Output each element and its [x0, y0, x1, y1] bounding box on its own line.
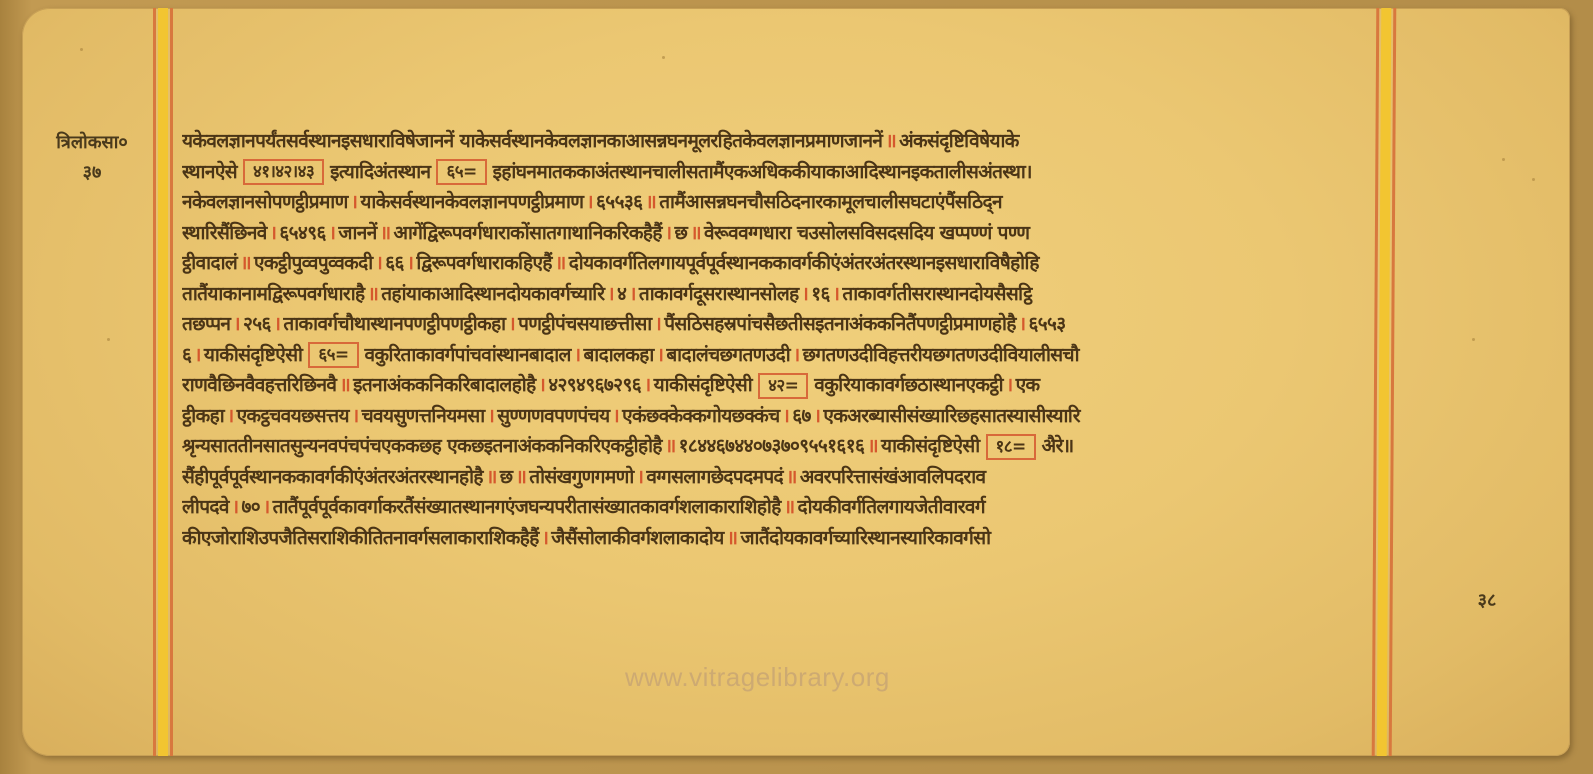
- text-segment: छ: [500, 466, 513, 488]
- manuscript-line: श्रृन्यसाततीनसातसुन्यनवपंचपंचएककछह एकछइत…: [182, 431, 1382, 462]
- margin-title: त्रिलोकसा०: [32, 128, 152, 158]
- manuscript-line: ६।याकीसंदृष्टिऐसी६५=वकुरिताकावर्गपांचवां…: [182, 340, 1382, 371]
- manuscript-line: नकेवलज्ञानसोपणट्ठीप्रमाण।याकेसर्वस्थानके…: [182, 187, 1382, 218]
- red-danda-mark: ।: [404, 252, 417, 274]
- red-danda-mark: ॥: [642, 191, 659, 213]
- red-danda-mark: ।: [271, 313, 284, 335]
- text-segment: इतनाअंककनिकरिबादालहोहै: [353, 374, 535, 396]
- manuscript-line: स्थानऐसे४१।४२।४३इत्यादिअंतस्थान६५=इहांघन…: [182, 157, 1382, 188]
- red-danda-mark: ॥: [552, 252, 569, 274]
- red-danda-mark: ।: [191, 344, 204, 366]
- red-danda-mark: ।: [348, 191, 361, 213]
- red-danda-mark: ।: [224, 405, 237, 427]
- text-segment: आगेंद्विरूपवर्गधाराकोंसातगाथानिकरिकहैहैं: [393, 222, 661, 244]
- boxed-numeral: १८=: [986, 434, 1036, 460]
- text-segment: ६५४९६: [279, 222, 325, 244]
- manuscript-folio: त्रिलोकसा० ३७ ३८ यकेवलज्ञानपर्यंतसर्वस्थ…: [22, 8, 1570, 756]
- manuscript-line: तछप्पन।२५६।ताकावर्गचौथास्थानपणट्ठीपणट्ठी…: [182, 309, 1382, 340]
- text-segment: ताकावर्गतीसरास्थानदोयसैसट्ठि: [842, 283, 1031, 305]
- red-danda-mark: ।: [1016, 313, 1029, 335]
- red-danda-mark: ॥: [662, 435, 679, 457]
- red-danda-mark: ।: [634, 466, 647, 488]
- text-segment: जाननें: [338, 222, 376, 244]
- manuscript-line: राणवैछिनवैवहत्तरिछिनवै॥इतनाअंककनिकरिबादा…: [182, 370, 1382, 401]
- red-danda-mark: ॥: [864, 435, 881, 457]
- red-danda-mark: ।: [571, 344, 584, 366]
- text-segment: ४: [617, 283, 626, 305]
- text-segment: पणट्ठीपंचसयाछत्तीसा: [518, 313, 652, 335]
- text-segment: इत्यादिअंतस्थान: [330, 161, 430, 183]
- red-danda-mark: ।: [1003, 374, 1016, 396]
- manuscript-line: ट्ठीवादालं॥एकट्ठीपुव्वपुव्वकदी।६६।द्विरू…: [182, 248, 1382, 279]
- text-segment: बादालकहा: [583, 344, 653, 366]
- text-segment: याकीसंदृष्टिऐसी: [204, 344, 302, 366]
- text-segment: तोसंखगुणगमणो: [529, 466, 634, 488]
- text-segment: एकंछक्केक्कगोयछक्कंच: [622, 405, 779, 427]
- text-segment: १६: [811, 283, 830, 305]
- text-segment: ताकावर्गदूसरास्थानसोलह: [639, 283, 799, 305]
- red-danda-mark: ।: [485, 405, 498, 427]
- text-segment: वकुरिताकावर्गपांचवांस्थानबादाल: [365, 344, 571, 366]
- red-danda-mark: ॥: [687, 222, 704, 244]
- red-danda-mark: ।: [830, 283, 843, 305]
- manuscript-line: ट्ठीकहा।एकट्ठचवयछसत्तय।चवयसुणत्तनियमसा।स…: [182, 401, 1382, 432]
- red-danda-mark: ।: [811, 405, 824, 427]
- text-segment: ताकावर्गचौथास्थानपणट्ठीपणट्ठीकहा: [283, 313, 505, 335]
- text-segment: नकेवलज्ञानसोपणट्ठीप्रमाण: [182, 191, 348, 213]
- text-segment: तामैंआसन्नघनचौसठिदनारकामूलचालीसघटाएंपैंस…: [659, 191, 1002, 213]
- boxed-numeral: ६५=: [308, 342, 358, 368]
- red-danda-mark: ।: [326, 222, 339, 244]
- text-segment: सैंहीपूर्वपूर्वस्थानककावर्गकीएंअंतरअंतरस…: [182, 466, 483, 488]
- manuscript-line: स्थारिसैंछिनवे।६५४९६।जाननें॥आगेंद्विरूपव…: [182, 218, 1382, 249]
- red-danda-mark: ॥: [377, 222, 394, 244]
- text-segment: ६: [182, 344, 191, 366]
- text-segment: लीपदवे: [182, 496, 229, 518]
- text-segment: ७०: [241, 496, 260, 518]
- text-segment: ६७: [792, 405, 811, 427]
- red-danda-mark: ।: [229, 496, 242, 518]
- text-segment: याकीसंदृष्टिऐसी: [654, 374, 752, 396]
- text-segment: छगतणउदीविहत्तरीयछगतणउदीवियालीसचौ: [803, 344, 1079, 366]
- text-segment: २५६: [243, 313, 271, 335]
- text-segment: छ: [674, 222, 687, 244]
- text-segment: ट्ठीवादालं: [182, 252, 237, 274]
- red-danda-mark: ।: [373, 252, 386, 274]
- left-margin-annotation: त्रिलोकसा० ३७: [32, 128, 152, 188]
- red-danda-mark: ॥: [336, 374, 353, 396]
- watermark: www.vitragelibrary.org: [625, 662, 890, 693]
- manuscript-line: कीएजोराशिउपजैतिसराशिकीतितनावर्गसलाकाराशि…: [182, 523, 1382, 554]
- text-segment: अवरपरित्तासंखंआवलिपदराव: [800, 466, 986, 488]
- text-segment: बादालंचछगतणउदी: [666, 344, 790, 366]
- red-danda-mark: ॥: [512, 466, 529, 488]
- red-danda-mark: ॥: [783, 466, 800, 488]
- text-segment: अैरे॥: [1042, 435, 1074, 457]
- text-segment: दोयकावर्गतिलगायपूर्वपूर्वस्थानककावर्गकीए…: [569, 252, 1039, 274]
- text-segment: कीएजोराशिउपजैतिसराशिकीतितनावर्गसलाकाराशि…: [182, 527, 539, 549]
- red-danda-mark: ।: [610, 405, 623, 427]
- leaf-number: ३७: [32, 158, 152, 188]
- red-danda-mark: ॥: [483, 466, 500, 488]
- red-danda-mark: ।: [604, 283, 617, 305]
- text-segment: ४२९४९६७२९६: [548, 374, 641, 396]
- text-segment: ६६: [385, 252, 404, 274]
- text-segment: श्रृन्यसाततीनसातसुन्यनवपंचपंचएककछह एकछइत…: [182, 435, 662, 457]
- text-segment: वेरूववग्गधारा चउसोलसविसदसदिय खप्पण्णं पण…: [704, 222, 1029, 244]
- red-danda-mark: ॥: [365, 283, 382, 305]
- red-danda-mark: ।: [505, 313, 518, 335]
- text-segment: ६५५३: [1028, 313, 1065, 335]
- red-danda-mark: ।: [349, 405, 362, 427]
- text-segment: तातैंयाकानामद्विरूपवर्गधाराहै: [182, 283, 365, 305]
- text-segment: राणवैछिनवैवहत्तरिछिनवै: [182, 374, 336, 396]
- text-segment: वकुरियाकावर्गछठास्थानएकट्ठी: [814, 374, 1003, 396]
- text-segment: जैसैंसोलाकीवर्गशलाकादोय: [551, 527, 723, 549]
- text-segment: याकेसर्वस्थानकेवलज्ञानपणट्ठीप्रमाण: [360, 191, 583, 213]
- text-segment: दोयकीवर्गतिलगायजेतीवारवर्ग: [798, 496, 985, 518]
- text-segment: पैंसठिसहस्रपांचसैछतीसइतनाअंककनितैंपणट्ठी…: [664, 313, 1016, 335]
- red-danda-mark: ॥: [237, 252, 254, 274]
- text-segment: तछप्पन: [182, 313, 230, 335]
- red-danda-mark: ।: [790, 344, 803, 366]
- text-segment: जातैंदोयकावर्गच्यारिस्थानस्यारिकावर्गसो: [740, 527, 990, 549]
- text-segment: स्थानऐसे: [182, 161, 237, 183]
- boxed-numeral: ४१।४२।४३: [243, 159, 324, 185]
- text-segment: द्विरूपवर्गधाराकहिएहैं: [416, 252, 552, 274]
- red-danda-mark: ।: [662, 222, 675, 244]
- text-segment: एक: [1016, 374, 1040, 396]
- text-segment: ६५५३६: [596, 191, 642, 213]
- text-segment: अंकसंदृष्टिविषेयाके: [899, 130, 1019, 152]
- text-segment: चवयसुणत्तनियमसा: [362, 405, 485, 427]
- right-margin-annotation: ३८: [1442, 588, 1532, 612]
- red-danda-mark: ।: [641, 374, 654, 396]
- red-danda-mark: ।: [626, 283, 639, 305]
- text-segment: तातैंपूर्वपूर्वकावर्गाकरतैंसंख्यातस्थानग…: [273, 496, 781, 518]
- text-segment: तहांयाकाआदिस्थानदोयकावर्गच्यारि: [381, 283, 604, 305]
- text-segment: ट्ठीकहा: [182, 405, 224, 427]
- manuscript-line: सैंहीपूर्वपूर्वस्थानककावर्गकीएंअंतरअंतरस…: [182, 462, 1382, 493]
- boxed-numeral: ६५=: [436, 159, 486, 185]
- red-danda-mark: ॥: [781, 496, 798, 518]
- manuscript-line: तातैंयाकानामद्विरूपवर्गधाराहै॥तहांयाकाआद…: [182, 279, 1382, 310]
- text-segment: एकट्ठीपुव्वपुव्वकदी: [254, 252, 373, 274]
- red-danda-mark: ।: [583, 191, 596, 213]
- text-segment: स्थारिसैंछिनवे: [182, 222, 267, 244]
- manuscript-text-block: यकेवलज्ञानपर्यंतसर्वस्थानइसधाराविषेजानने…: [182, 126, 1382, 553]
- red-danda-mark: ।: [230, 313, 243, 335]
- text-segment: सुण्णणवपणपंचय: [497, 405, 609, 427]
- red-danda-mark: ।: [260, 496, 273, 518]
- red-danda-mark: ।: [536, 374, 549, 396]
- text-segment: एकअरब्यासीसंख्यारिछहसातस्यासीस्यारि: [823, 405, 1080, 427]
- red-danda-mark: ।: [780, 405, 793, 427]
- text-segment: यकेवलज्ञानपर्यंतसर्वस्थानइसधाराविषेजानने…: [182, 130, 882, 152]
- page-number: ३८: [1442, 588, 1532, 612]
- manuscript-line: यकेवलज्ञानपर्यंतसर्वस्थानइसधाराविषेजानने…: [182, 126, 1382, 157]
- red-danda-mark: ।: [652, 313, 665, 335]
- left-border-rule: [153, 8, 175, 756]
- text-segment: इहांघनमातककाअंतस्थानचालीसतामैंएकअधिककीया…: [493, 161, 1032, 183]
- text-segment: याकीसंदृष्टिऐसी: [881, 435, 979, 457]
- red-danda-mark: ॥: [724, 527, 741, 549]
- red-danda-mark: ।: [267, 222, 280, 244]
- red-danda-mark: ।: [799, 283, 812, 305]
- red-danda-mark: ।: [654, 344, 667, 366]
- red-danda-mark: ।: [539, 527, 552, 549]
- text-segment: १८४४६७४४०७३७०९५५१६१६: [679, 435, 865, 457]
- red-danda-mark: ॥: [882, 130, 899, 152]
- text-segment: वग्गसलागछेदपदमपदं: [646, 466, 783, 488]
- boxed-numeral: ४२=: [758, 373, 808, 399]
- manuscript-line: लीपदवे।७०।तातैंपूर्वपूर्वकावर्गाकरतैंसंख…: [182, 492, 1382, 523]
- text-segment: एकट्ठचवयछसत्तय: [237, 405, 349, 427]
